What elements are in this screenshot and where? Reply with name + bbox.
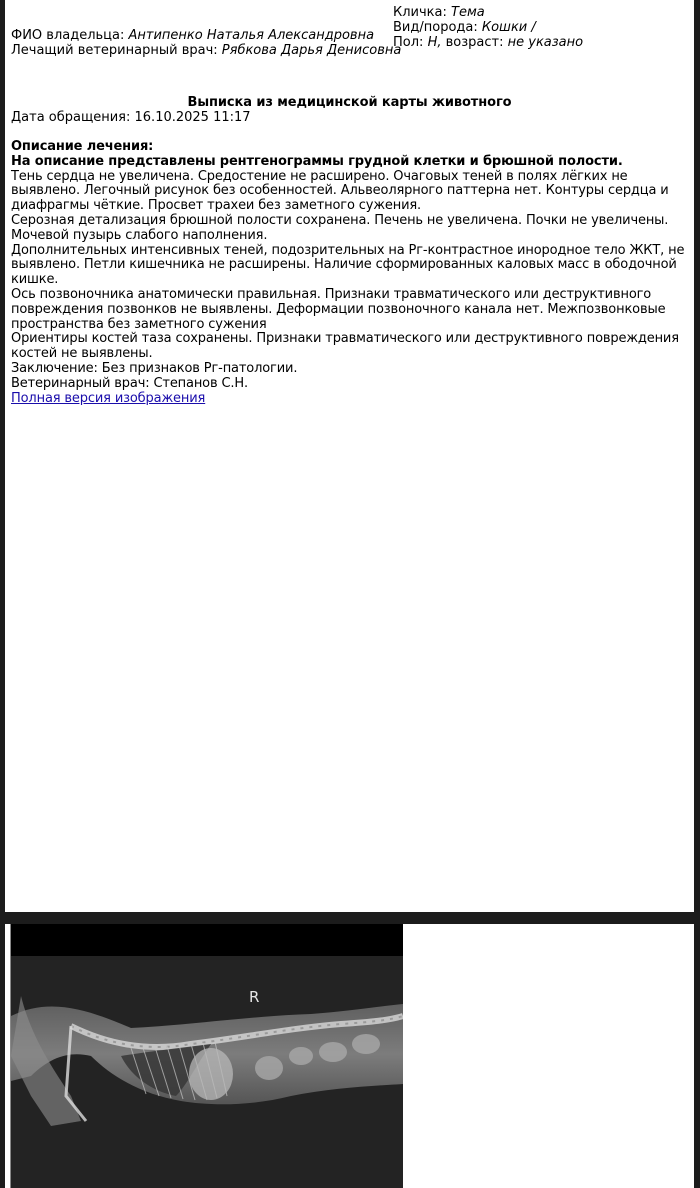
document-title: Выписка из медицинской карты животного — [5, 95, 694, 111]
visit-date: Дата обращения: 16.10.2025 11:17 — [11, 110, 251, 126]
owner-line: ФИО владельца: Антипенко Наталья Алексан… — [11, 28, 401, 43]
doctor-value: Рябкова Дарья Денисовна — [222, 43, 402, 58]
species-value: Кошки / — [482, 20, 536, 35]
xray-top-band — [11, 924, 403, 956]
nickname-label: Кличка: — [393, 5, 447, 20]
doctor-line: Лечащий ветеринарный врач: Рябкова Дарья… — [11, 43, 401, 58]
paragraph-gi-tract: Дополнительных интенсивных теней, подозр… — [11, 244, 693, 288]
treatment-subheading: На описание представлены рентгенограммы … — [11, 155, 693, 170]
sex-age-line: Пол: Н, возраст: не указано — [393, 35, 583, 50]
owner-label: ФИО владельца: — [11, 28, 124, 43]
age-label: возраст: — [446, 35, 504, 50]
owner-doctor-block: ФИО владельца: Антипенко Наталья Алексан… — [11, 28, 401, 58]
paragraph-pelvis: Ориентиры костей таза сохранены. Признак… — [11, 332, 693, 362]
owner-value: Антипенко Наталья Александровна — [129, 28, 375, 43]
nickname-line: Кличка: Тема — [393, 5, 583, 20]
paragraph-thorax: Тень сердца не увеличена. Средостение не… — [11, 170, 693, 214]
visit-date-value: 16.10.2025 11:17 — [135, 110, 251, 125]
treatment-description: Описание лечения: На описание представле… — [11, 140, 693, 406]
paragraph-abdomen: Серозная детализация брюшной полости сох… — [11, 214, 693, 244]
species-line: Вид/порода: Кошки / — [393, 20, 583, 35]
doctor-label: Лечащий ветеринарный врач: — [11, 43, 218, 58]
conclusion: Заключение: Без признаков Рг-патологии. — [11, 362, 693, 377]
treatment-heading: Описание лечения: — [11, 140, 693, 155]
pet-info-block: Кличка: Тема Вид/порода: Кошки / Пол: Н,… — [393, 5, 583, 50]
visit-date-label: Дата обращения: — [11, 110, 130, 125]
sex-value: Н, — [428, 35, 442, 50]
age-value: не указано — [508, 35, 583, 50]
medical-record-page: ФИО владельца: Антипенко Наталья Алексан… — [5, 0, 694, 912]
species-label: Вид/порода: — [393, 20, 478, 35]
xray-orientation-marker: R — [249, 988, 259, 1006]
paragraph-spine: Ось позвоночника анатомически правильная… — [11, 288, 693, 332]
vet-signature: Ветеринарный врач: Степанов С.Н. — [11, 377, 693, 392]
nickname-value: Тема — [451, 5, 485, 20]
full-image-link[interactable]: Полная версия изображения — [11, 391, 205, 406]
sex-label: Пол: — [393, 35, 423, 50]
xray-image[interactable]: R — [10, 924, 403, 1188]
xray-illustration — [11, 956, 403, 1188]
xray-page: R — [5, 924, 694, 1188]
